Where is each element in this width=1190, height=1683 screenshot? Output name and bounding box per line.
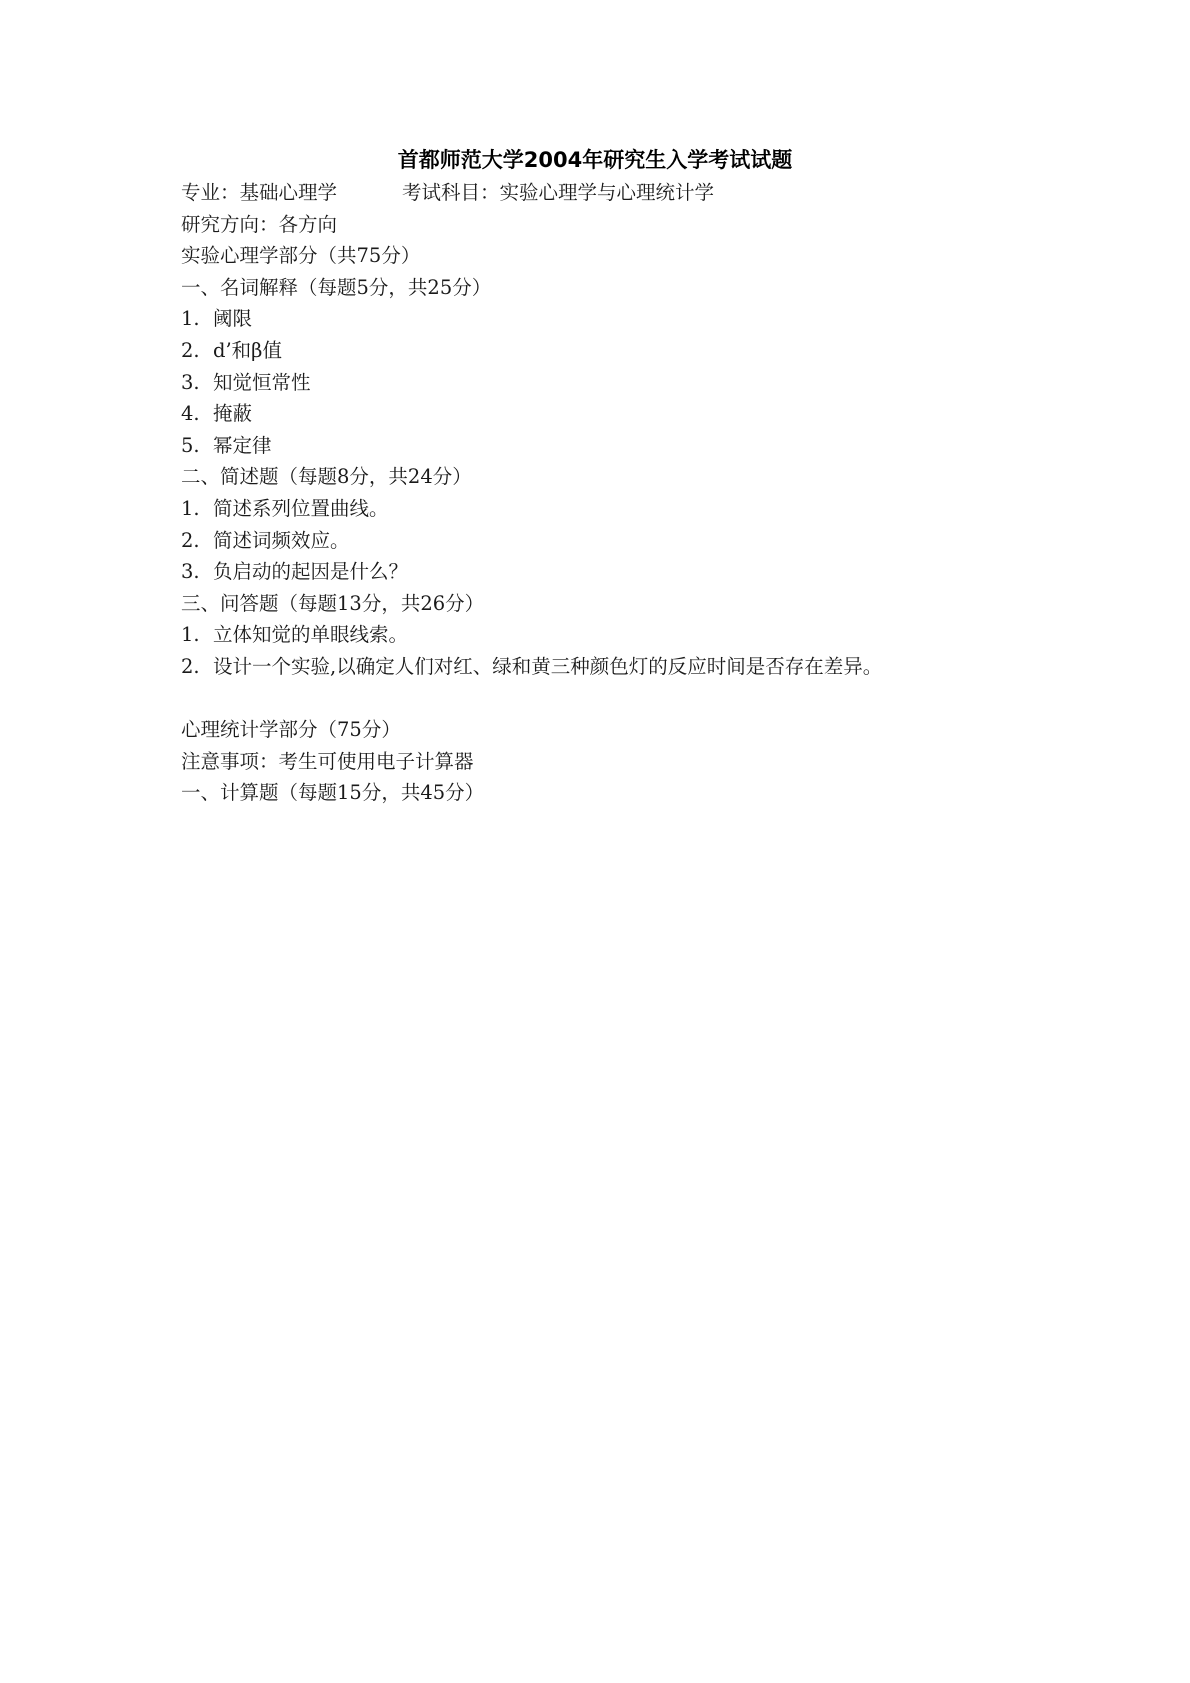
document-page: 首都师范大学2004年研究生入学考试试题 专业：基础心理学 考试科目：实验心理学…: [0, 0, 1190, 1683]
direction-label: 研究方向：各方向: [181, 209, 1081, 241]
part2-heading: 心理统计学部分（75分）: [181, 714, 1081, 746]
list-item: 2.简述词频效应。: [181, 525, 1081, 557]
subject-label: 考试科目：实验心理学与心理统计学: [402, 177, 714, 209]
item-text: d’和β值: [213, 339, 282, 362]
document-title: 首都师范大学2004年研究生入学考试试题: [0, 146, 1190, 174]
item-text: 设计一个实验,以确定人们对红、绿和黄三种颜色灯的反应时间是否存在差异。: [213, 655, 882, 678]
item-number: 1.: [181, 303, 213, 335]
item-number: 1.: [181, 619, 213, 651]
item-number: 3.: [181, 556, 213, 588]
list-item: 4.掩蔽: [181, 398, 1081, 430]
list-item: 3.知觉恒常性: [181, 367, 1081, 399]
item-number: 1.: [181, 493, 213, 525]
item-text: 负启动的起因是什么？: [213, 560, 408, 583]
item-number: 2.: [181, 335, 213, 367]
part1-heading: 实验心理学部分（共75分）: [181, 240, 1081, 272]
item-number: 2.: [181, 651, 213, 683]
item-number: 3.: [181, 367, 213, 399]
list-item: 1.阈限: [181, 303, 1081, 335]
section-heading-terms: 一、名词解释（每题5分，共25分）: [181, 272, 1081, 304]
header-row: 专业：基础心理学 考试科目：实验心理学与心理统计学: [181, 177, 1081, 209]
item-text: 简述系列位置曲线。: [213, 497, 389, 520]
list-item: 1.简述系列位置曲线。: [181, 493, 1081, 525]
document-body: 专业：基础心理学 考试科目：实验心理学与心理统计学 研究方向：各方向 实验心理学…: [181, 177, 1081, 809]
list-item: 3.负启动的起因是什么？: [181, 556, 1081, 588]
item-text: 知觉恒常性: [213, 371, 311, 394]
section-heading-essay: 三、问答题（每题13分，共26分）: [181, 588, 1081, 620]
item-text: 掩蔽: [213, 402, 252, 425]
item-text: 简述词频效应。: [213, 529, 350, 552]
item-text: 幂定律: [213, 434, 272, 457]
section-heading-short-answer: 二、简述题（每题8分，共24分）: [181, 461, 1081, 493]
item-number: 4.: [181, 398, 213, 430]
list-item: 1.立体知觉的单眼线索。: [181, 619, 1081, 651]
item-number: 5.: [181, 430, 213, 462]
list-item: 2.d’和β值: [181, 335, 1081, 367]
item-text: 阈限: [213, 307, 252, 330]
part2-note: 注意事项：考生可使用电子计算器: [181, 746, 1081, 778]
list-item: 2.设计一个实验,以确定人们对红、绿和黄三种颜色灯的反应时间是否存在差异。: [181, 651, 1081, 683]
list-item: 5.幂定律: [181, 430, 1081, 462]
major-label: 专业：基础心理学: [181, 181, 337, 204]
spacer: [181, 683, 1081, 715]
item-number: 2.: [181, 525, 213, 557]
item-text: 立体知觉的单眼线索。: [213, 623, 408, 646]
section-heading-calculation: 一、计算题（每题15分，共45分）: [181, 777, 1081, 809]
